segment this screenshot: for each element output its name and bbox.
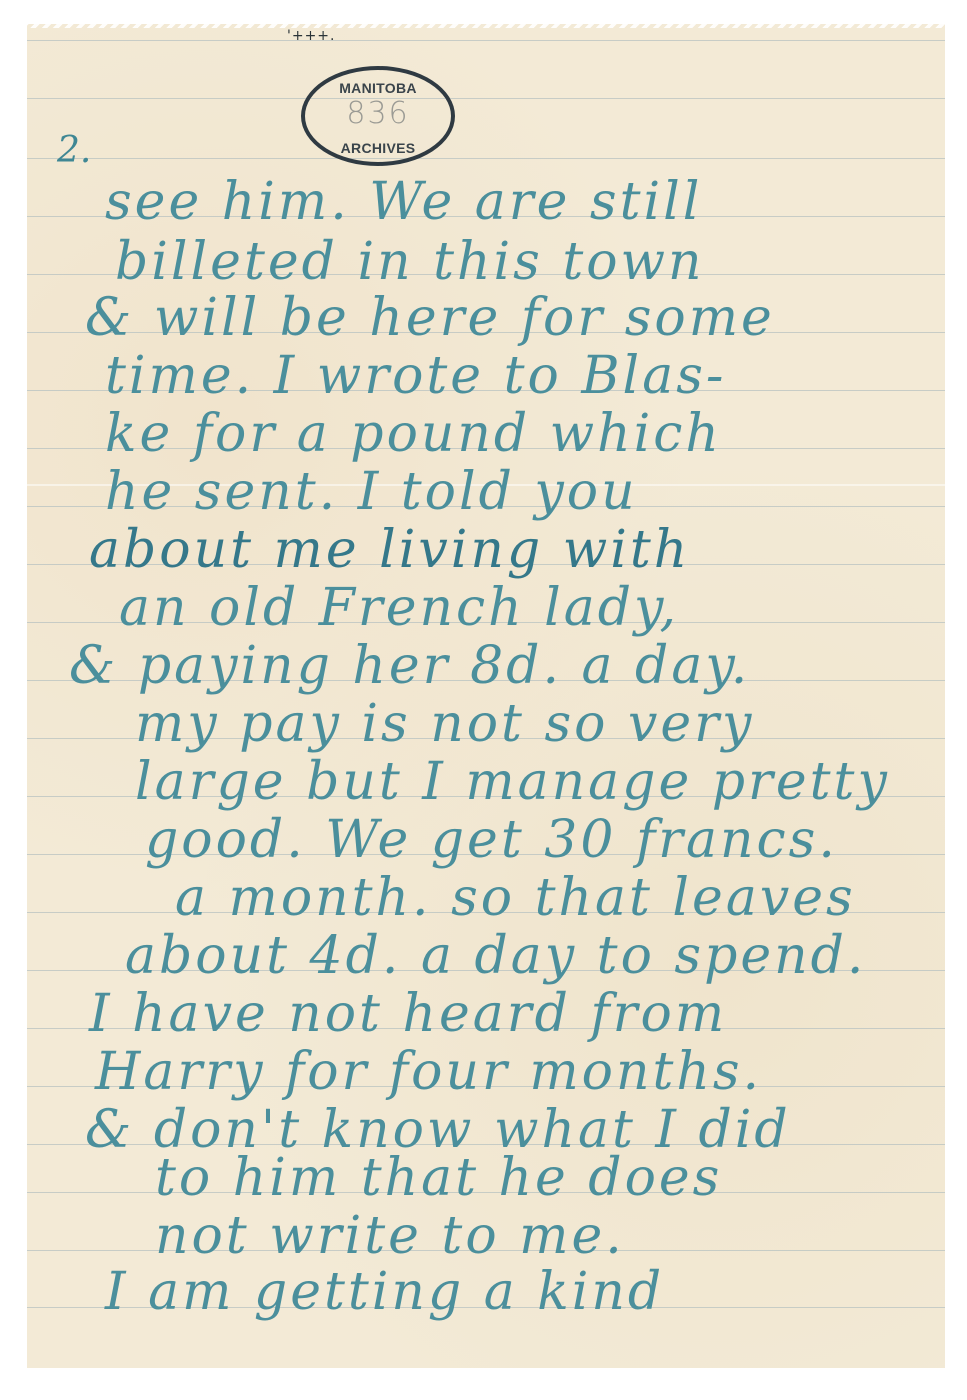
ruled-line xyxy=(27,158,945,159)
handwritten-line: my pay is not so very xyxy=(135,698,754,750)
stamp-top-text: MANITOBA xyxy=(305,80,451,96)
handwritten-line: time. I wrote to Blas- xyxy=(105,350,726,402)
letter-paper: '+++. MANITOBA 836 ARCHIVES 2. see him. … xyxy=(27,24,945,1368)
handwritten-line: not write to me. xyxy=(155,1210,625,1262)
handwritten-line: & paying her 8d. a day. xyxy=(69,640,750,692)
torn-top-edge xyxy=(27,24,945,28)
handwritten-line: he sent. I told you xyxy=(105,466,638,518)
ruled-line xyxy=(27,98,945,99)
handwritten-line: a month. so that leaves xyxy=(175,872,856,924)
handwritten-line: about 4d. a day to spend. xyxy=(125,930,866,982)
top-mark: '+++. xyxy=(287,28,336,44)
page-number: 2. xyxy=(57,130,91,171)
handwritten-line: to him that he does xyxy=(155,1152,722,1204)
handwritten-line: I am getting a kind xyxy=(105,1266,664,1318)
handwritten-line: billeted in this town xyxy=(115,236,705,288)
handwritten-line: ke for a pound which xyxy=(105,408,722,460)
handwritten-line: an old French lady, xyxy=(119,582,679,634)
handwritten-line: Harry for four months. xyxy=(95,1046,762,1098)
stamp-number: 836 xyxy=(305,96,451,131)
handwritten-line: I have not heard from xyxy=(89,988,727,1040)
handwritten-line: see him. We are still xyxy=(105,176,702,228)
handwritten-line: & will be here for some xyxy=(85,292,775,344)
handwritten-line: about me living with xyxy=(89,524,690,576)
handwritten-line: good. We get 30 francs. xyxy=(145,814,838,866)
archive-stamp: MANITOBA 836 ARCHIVES xyxy=(301,66,455,166)
handwritten-line: large but I manage pretty xyxy=(135,756,890,808)
ruled-line xyxy=(27,40,945,41)
stamp-bottom-text: ARCHIVES xyxy=(305,140,451,156)
